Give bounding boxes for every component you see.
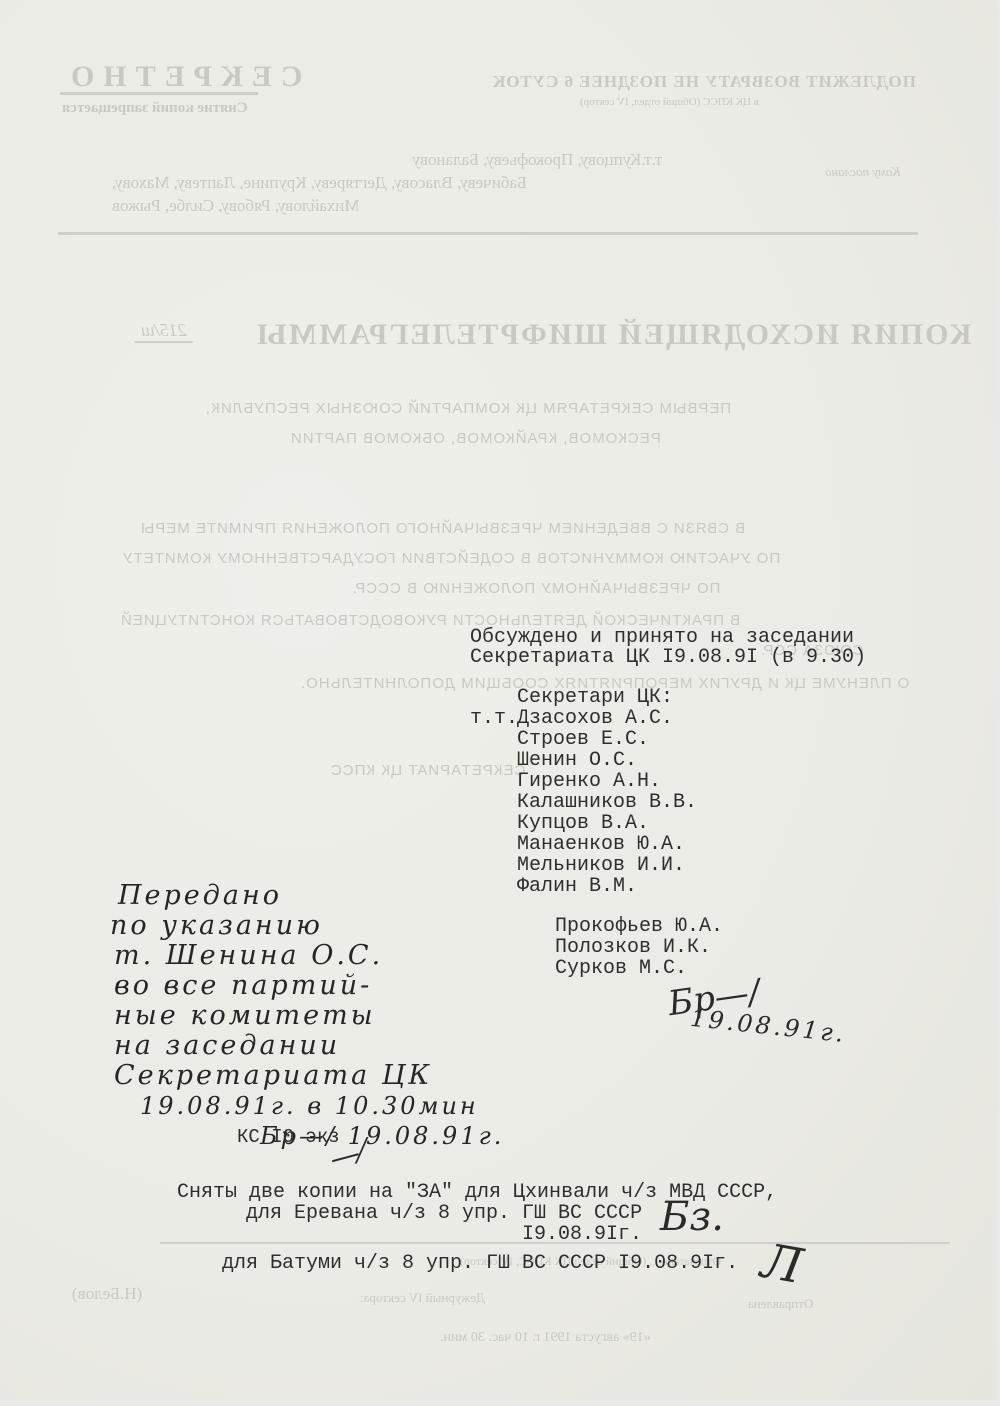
ghost-return-to: в ЦК КПСС (Общий отдел, IV сектор) [580,96,759,108]
resolution-line: Обсуждено и принято на заседании [470,627,854,648]
note-line: ные комитеты [114,1000,376,1032]
ghost-signature: СЕКРЕТАРИАТ ЦК КПСС [330,762,525,779]
note-line: во все партий- [114,970,372,1002]
ghost-body-line: ПО ЧРЕЗВЫЧАЙНОМУ ПОЛОЖЕНИЮ В СССР. [352,580,720,597]
ghost-classification: СЕКРЕТНО [62,60,302,94]
ghost-header-rule [58,232,918,235]
note-line: на заседании [114,1030,340,1062]
ghost-addressee-line: ПЕРВЫМ СЕКРЕТАРЯМ ЦК КОМПАРТИЙ СОЮЗНЫХ Р… [205,400,731,417]
document-page: СЕКРЕТНО Снятие копий запрещается ПОДЛЕЖ… [0,0,997,1400]
ghost-addressee-line: РЕСКОМОВ, КРАЙКОМОВ, ОБКОМОВ ПАРТИИ [290,430,661,447]
note-line: т. Шенина О.С. [114,940,383,972]
member-name: Полозков И.К. [555,937,711,958]
secretary-name: Гиренко А.Н. [517,771,661,792]
secretary-name: Строев Е.С. [517,729,649,750]
secretary-name: Дзасохов А.С. [517,708,673,729]
member-name: Сурков М.С. [555,958,687,979]
ghost-sent-to-line: Михайлову, Рябову, Силбе, Рыжов [112,196,360,216]
note-line: Передано [118,880,282,912]
copies-date: I9.08.9Iг. [522,1224,642,1245]
secretary-name: Мельников И.И. [517,855,685,876]
copies-initials: Бз. [660,1194,724,1240]
ghost-number: 215/ш [135,320,193,343]
handwritten-signature-date: 19.08.91г. [689,1004,848,1048]
ghost-footer-date: «19» августа 1991 г. 10 час. 30 мин. [440,1330,651,1346]
ghost-body-line: В СВЯЗИ С ВВЕДЕНИЕМ ЧРЕЗВЫЧАЙНОГО ПОЛОЖЕ… [140,520,745,537]
secretary-name: Купцов В.А. [517,813,649,834]
ghost-sent-to-line: Бабичеву, Власову, Дегтяреву, Крупине, Л… [112,173,527,193]
secretary-name: Шенин О.С. [517,750,637,771]
member-name: Прокофьев Ю.А. [555,916,723,937]
ghost-copy-notice: Снятие копий запрещается [62,100,248,117]
ghost-sent-to-label: Кому послано [825,164,901,180]
secretary-name: Калашников В.В. [517,792,697,813]
secretary-name: Манаенков Ю.А. [517,834,685,855]
secretary-name: Фалин В.М. [517,876,637,897]
ks-copies: КС I0 экз [237,1127,340,1148]
ghost-footer-duty-name: (Н.Белов) [72,1284,142,1304]
ghost-footer-sent: Отправлена [748,1296,813,1312]
ghost-body-line: ПО УЧАСТИЮ КОММУНИСТОВ В СОДЕЙСТВИИ ГОСУ… [122,550,780,567]
resolution-line: Секретариата ЦК I9.08.9I (в 9.30) [470,647,866,668]
batumi-line: для Батуми ч/з 8 упр. ГШ ВС СССР I9.08.9… [222,1253,738,1274]
tt-prefix: т.т. [470,708,518,729]
batumi-initials: Л [757,1233,806,1295]
ghost-classification-rule [60,92,258,95]
ghost-sent-to-line: т.т.Купцову, Прокофьеву, Баланову [412,150,662,170]
secretaries-label: Секретари ЦК: [517,687,673,708]
ghost-footer-duty: Дежурный IV сектора: [360,1290,485,1306]
note-line: 19.08.91г. в 10.30мин [140,1090,479,1122]
ghost-title: КОПИЯ ИСХОДЯЩЕЙ ШИФРТЕЛЕГРАММЫ [255,318,972,352]
note-line: по указанию [110,910,323,942]
ghost-return-notice: ПОДЛЕЖИТ ВОЗВРАТУ НЕ ПОЗДНЕЕ 6 СУТОК [492,72,916,92]
note-line: Секретариата ЦК [114,1060,432,1092]
copies-line: для Еревана ч/з 8 упр. ГШ ВС СССР [246,1203,642,1224]
